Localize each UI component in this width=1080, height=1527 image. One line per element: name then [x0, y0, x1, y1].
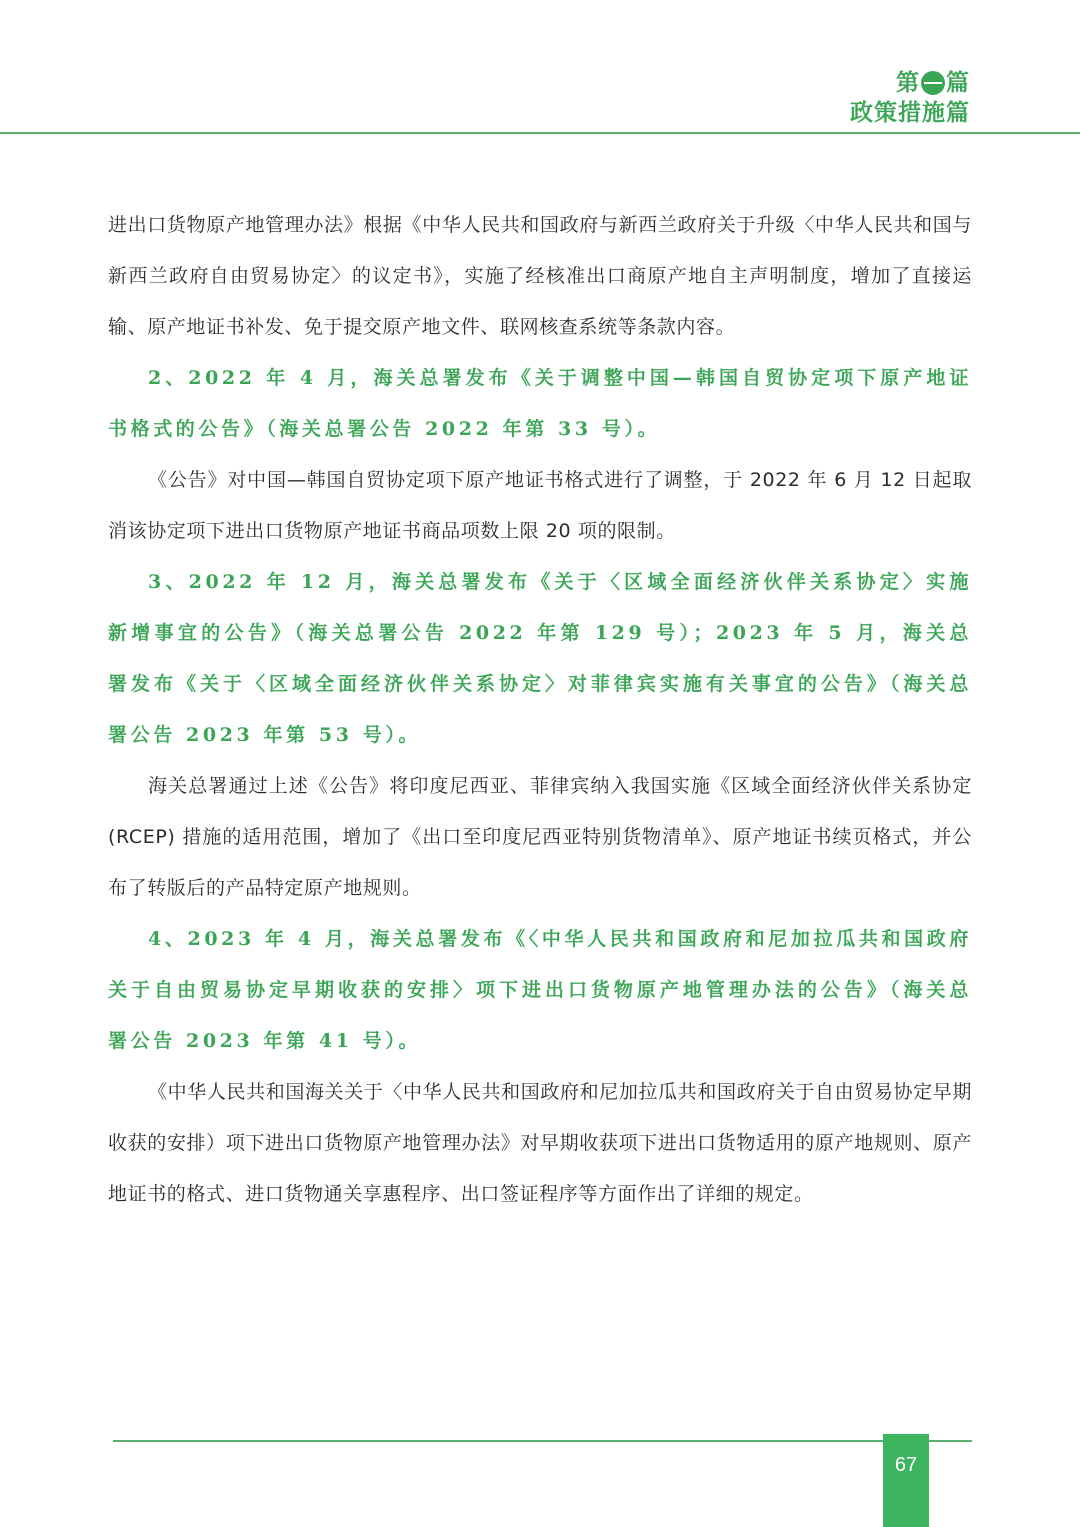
- part-suffix: 篇: [946, 68, 970, 98]
- item-heading: 4、2023 年 4 月，海关总署发布《〈中华人民共和国政府和尼加拉瓜共和国政府…: [108, 914, 972, 1067]
- footer-divider: [113, 1440, 972, 1442]
- header-divider: [0, 132, 1080, 134]
- body-paragraph: 海关总署通过上述《公告》将印度尼西亚、菲律宾纳入我国实施《区域全面经济伙伴关系协…: [108, 761, 972, 914]
- document-body: 进出口货物原产地管理办法》根据《中华人民共和国政府与新西兰政府关于升级〈中华人民…: [108, 200, 972, 1220]
- item-heading: 2、2022 年 4 月，海关总署发布《关于调整中国—韩国自贸协定项下原产地证书…: [108, 353, 972, 455]
- body-paragraph: 《中华人民共和国海关关于〈中华人民共和国政府和尼加拉瓜共和国政府关于自由贸易协定…: [108, 1067, 972, 1220]
- body-paragraph: 《公告》对中国—韩国自贸协定项下原产地证书格式进行了调整，于 2022 年 6 …: [108, 455, 972, 557]
- part-label: 第 篇: [850, 68, 970, 98]
- item-heading: 3、2022 年 12 月，海关总署发布《关于〈区域全面经济伙伴关系协定〉实施新…: [108, 557, 972, 761]
- chapter-header: 第 篇 政策措施篇: [850, 68, 970, 128]
- body-paragraph: 进出口货物原产地管理办法》根据《中华人民共和国政府与新西兰政府关于升级〈中华人民…: [108, 200, 972, 353]
- page-number: 67: [883, 1434, 929, 1527]
- part-number-circle-icon: [921, 71, 945, 95]
- section-title: 政策措施篇: [850, 98, 970, 128]
- part-prefix: 第: [896, 68, 920, 98]
